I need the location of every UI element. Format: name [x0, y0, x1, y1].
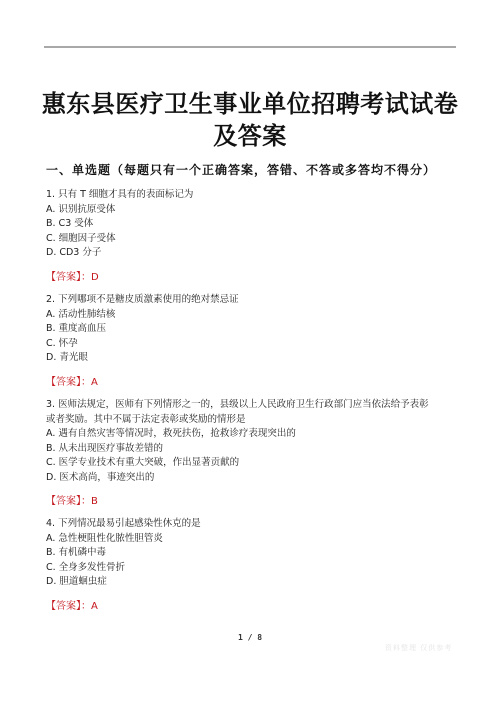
- question-1: 1. 只有 T 细胞才具有的表面标记为 A. 识别抗原受体 B. C3 受体 C…: [46, 188, 193, 285]
- answer-label: 【答案】：A: [46, 376, 239, 391]
- option-d: D. 医术高尚，事迹突出的: [46, 471, 429, 486]
- option-a: A. 急性梗阻性化脓性胆管炎: [46, 532, 201, 547]
- document-title: 惠东县医疗卫生事业单位招聘考试试卷 及答案: [0, 88, 500, 152]
- page-indicator: 1 / 8: [0, 633, 500, 642]
- question-stem-line-2: 或者奖励。其中不属于法定表彰或奖励的情形是: [46, 413, 429, 428]
- option-b: B. 有机磷中毒: [46, 546, 201, 561]
- option-d: D. 胆道蛔虫症: [46, 575, 201, 590]
- answer-label: 【答案】：A: [46, 600, 201, 615]
- option-b: B. C3 受体: [46, 217, 193, 232]
- option-a: A. 识别抗原受体: [46, 203, 193, 218]
- answer-label: 【答案】：B: [46, 495, 429, 510]
- option-d: D. CD3 分子: [46, 246, 193, 261]
- option-b: B. 从未出现医疗事故差错的: [46, 442, 429, 457]
- option-a: A. 活动性肺结核: [46, 308, 239, 323]
- question-stem-line-1: 3. 医师法规定，医师有下列情形之一的，县级以上人民政府卫生行政部门应当依法给予…: [46, 398, 429, 413]
- answer-label: 【答案】：D: [46, 271, 193, 286]
- option-c: C. 怀孕: [46, 337, 239, 352]
- title-line-1: 惠东县医疗卫生事业单位招聘考试试卷: [0, 88, 500, 120]
- question-3: 3. 医师法规定，医师有下列情形之一的，县级以上人民政府卫生行政部门应当依法给予…: [46, 398, 429, 510]
- option-a: A. 遇有自然灾害等情况时，救死扶伤，抢救诊疗表现突出的: [46, 427, 429, 442]
- title-line-2: 及答案: [0, 120, 500, 152]
- question-stem: 1. 只有 T 细胞才具有的表面标记为: [46, 188, 193, 203]
- question-stem: 4. 下列情况最易引起感染性休克的是: [46, 517, 201, 532]
- question-4: 4. 下列情况最易引起感染性休克的是 A. 急性梗阻性化脓性胆管炎 B. 有机磷…: [46, 517, 201, 614]
- option-c: C. 医学专业技术有重大突破，作出显著贡献的: [46, 456, 429, 471]
- header-rule: [44, 46, 456, 48]
- option-c: C. 细胞因子受体: [46, 232, 193, 247]
- watermark: 资料整理 仅供参考: [385, 643, 452, 653]
- option-b: B. 重度高血压: [46, 322, 239, 337]
- option-d: D. 青光眼: [46, 351, 239, 366]
- section-heading: 一、单选题（每题只有一个正确答案，答错、不答或多答均不得分）: [46, 161, 436, 178]
- option-c: C. 全身多发性骨折: [46, 561, 201, 576]
- question-2: 2. 下列哪项不是糖皮质激素使用的绝对禁忌证 A. 活动性肺结核 B. 重度高血…: [46, 293, 239, 390]
- question-stem: 2. 下列哪项不是糖皮质激素使用的绝对禁忌证: [46, 293, 239, 308]
